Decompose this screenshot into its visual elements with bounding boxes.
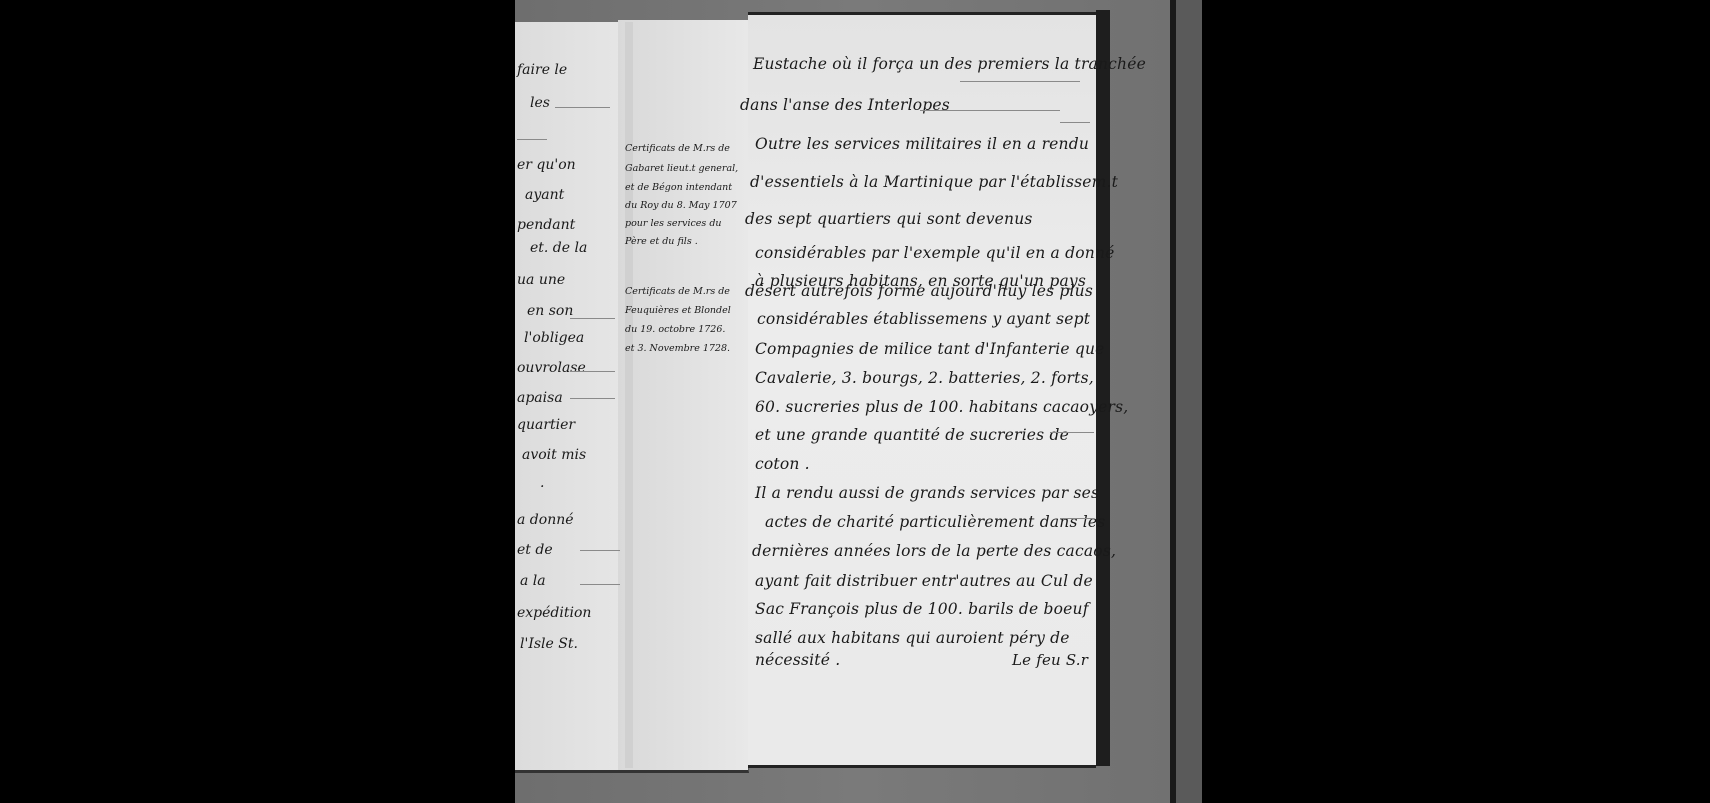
left-line: pendant (517, 217, 575, 233)
text-line: désert autrefois forme aujourd'huy les p… (745, 282, 1093, 300)
page-fold (625, 22, 633, 768)
ruled-line (570, 371, 615, 372)
margin-note-line: Gabaret lieut.t general, (625, 163, 738, 174)
ruled-line (580, 550, 620, 551)
left-line: expédition (517, 605, 591, 621)
scan-strip (1176, 0, 1202, 803)
text-line: et une grande quantité de sucreries de (755, 426, 1069, 444)
margin-note-line: et 3. Novembre 1728. (625, 343, 730, 354)
margin-note-line: du Roy du 8. May 1707 (625, 200, 737, 211)
left-line: a la (520, 573, 546, 589)
left-line: les (530, 95, 550, 111)
text-line: d'essentiels à la Martinique par l'établ… (750, 173, 1118, 191)
margin-note-line: Certificats de M.rs de (625, 143, 730, 154)
left-line: ayant (525, 187, 564, 203)
text-line: Cavalerie, 3. bourgs, 2. batteries, 2. f… (755, 369, 1094, 387)
left-line: et de (517, 542, 553, 558)
left-line: avoit mis (522, 447, 586, 463)
text-line: Il a rendu aussi de grands services par … (755, 484, 1099, 502)
left-line: faire le (517, 62, 567, 78)
ruled-line (580, 584, 620, 585)
ruled-line (1060, 518, 1094, 519)
text-line: considérables établissemens y ayant sept (757, 310, 1090, 328)
margin-column (618, 20, 749, 773)
ruled-line (570, 398, 615, 399)
text-line: sallé aux habitans qui auroient péry de (755, 629, 1070, 647)
text-line: 60. sucreries plus de 100. habitans caca… (755, 398, 1128, 416)
text-line: ayant fait distribuer entr'autres au Cul… (755, 572, 1093, 590)
text-line: actes de charité particulièrement dans l… (765, 513, 1105, 531)
margin-note-line: pour les services du (625, 218, 722, 229)
text-line: considérables par l'exemple qu'il en a d… (755, 244, 1115, 262)
left-line: apaisa (517, 390, 563, 406)
left-line: l'Isle St. (520, 636, 578, 652)
text-line: Outre les services militaires il en a re… (755, 135, 1089, 153)
text-line: Compagnies de milice tant d'Infanterie q… (755, 340, 1105, 358)
ruled-line (960, 81, 1080, 82)
text-line: nécessité . (755, 651, 840, 669)
catchword: Le feu S.r (1012, 651, 1088, 669)
ruled-line (920, 110, 1060, 111)
left-line: . (540, 475, 544, 491)
left-line: en son (527, 303, 573, 319)
text-line: dernières années lors de la perte des ca… (752, 542, 1116, 560)
margin-note-line: et de Bégon intendant (625, 182, 732, 193)
ruled-line (517, 139, 547, 140)
text-line: Eustache où il força un des premiers la … (753, 55, 1146, 73)
left-line: l'obligea (524, 330, 584, 346)
ruled-line (555, 107, 610, 108)
left-line: a donné (517, 512, 574, 528)
page-shadow (1096, 10, 1110, 766)
margin-note-line: du 19. octobre 1726. (625, 324, 725, 335)
margin-note-line: Feuquières et Blondel (625, 305, 731, 316)
text-line: dans l'anse des Interlopes (740, 96, 950, 114)
ruled-line (1060, 122, 1090, 123)
margin-note-line: Certificats de M.rs de (625, 286, 730, 297)
text-line: des sept quartiers qui sont devenus (745, 210, 1033, 228)
left-line: et. de la (530, 240, 587, 256)
margin-note-line: Père et du fils . (625, 236, 698, 247)
ruled-line (1050, 432, 1094, 433)
left-line: er qu'on (517, 157, 576, 173)
text-line: Sac François plus de 100. barils de boeu… (755, 600, 1089, 618)
left-line: ouvrolase (517, 360, 586, 376)
left-line: quartier (517, 417, 575, 433)
text-line: coton . (755, 455, 810, 473)
ruled-line (570, 318, 615, 319)
left-line: ua une (517, 272, 565, 288)
